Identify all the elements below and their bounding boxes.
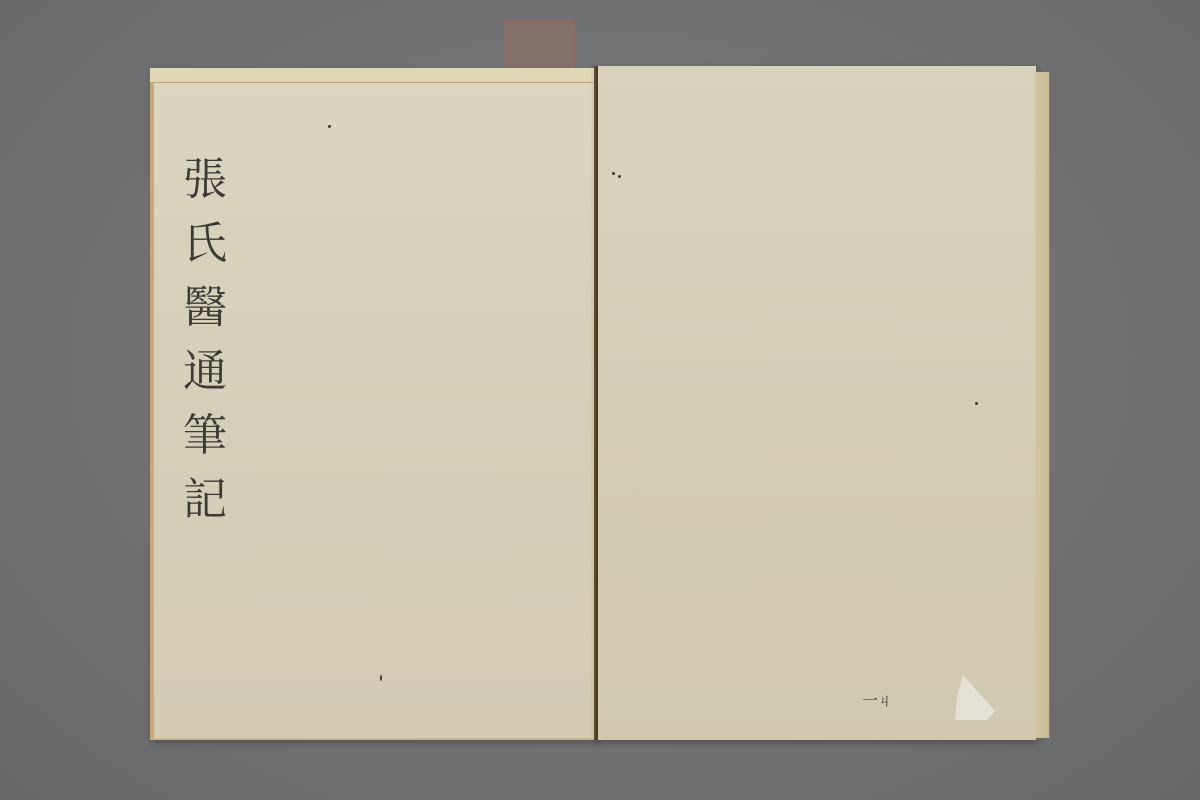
ink-speck xyxy=(612,172,615,175)
book-spine xyxy=(596,66,598,740)
title-char: 通 xyxy=(183,347,227,397)
title-char: 張 xyxy=(183,155,227,205)
title-char: 醫 xyxy=(183,283,227,333)
title-char: 筆 xyxy=(183,411,227,461)
open-book: 張 氏 醫 通 筆 記 一ㄐ xyxy=(0,0,1200,800)
ink-speck xyxy=(618,175,621,178)
corner-ink-mark: 一ㄐ xyxy=(862,688,892,711)
title-char: 氏 xyxy=(183,219,227,269)
right-page xyxy=(594,66,1036,740)
left-page-top-edge xyxy=(150,68,598,83)
ink-speck xyxy=(975,402,978,405)
right-page-fore-edge xyxy=(1035,72,1050,738)
ink-speck xyxy=(328,125,331,128)
ink-speck xyxy=(380,675,382,681)
book-title: 張 氏 醫 通 筆 記 xyxy=(170,155,240,525)
title-char: 記 xyxy=(183,475,227,525)
